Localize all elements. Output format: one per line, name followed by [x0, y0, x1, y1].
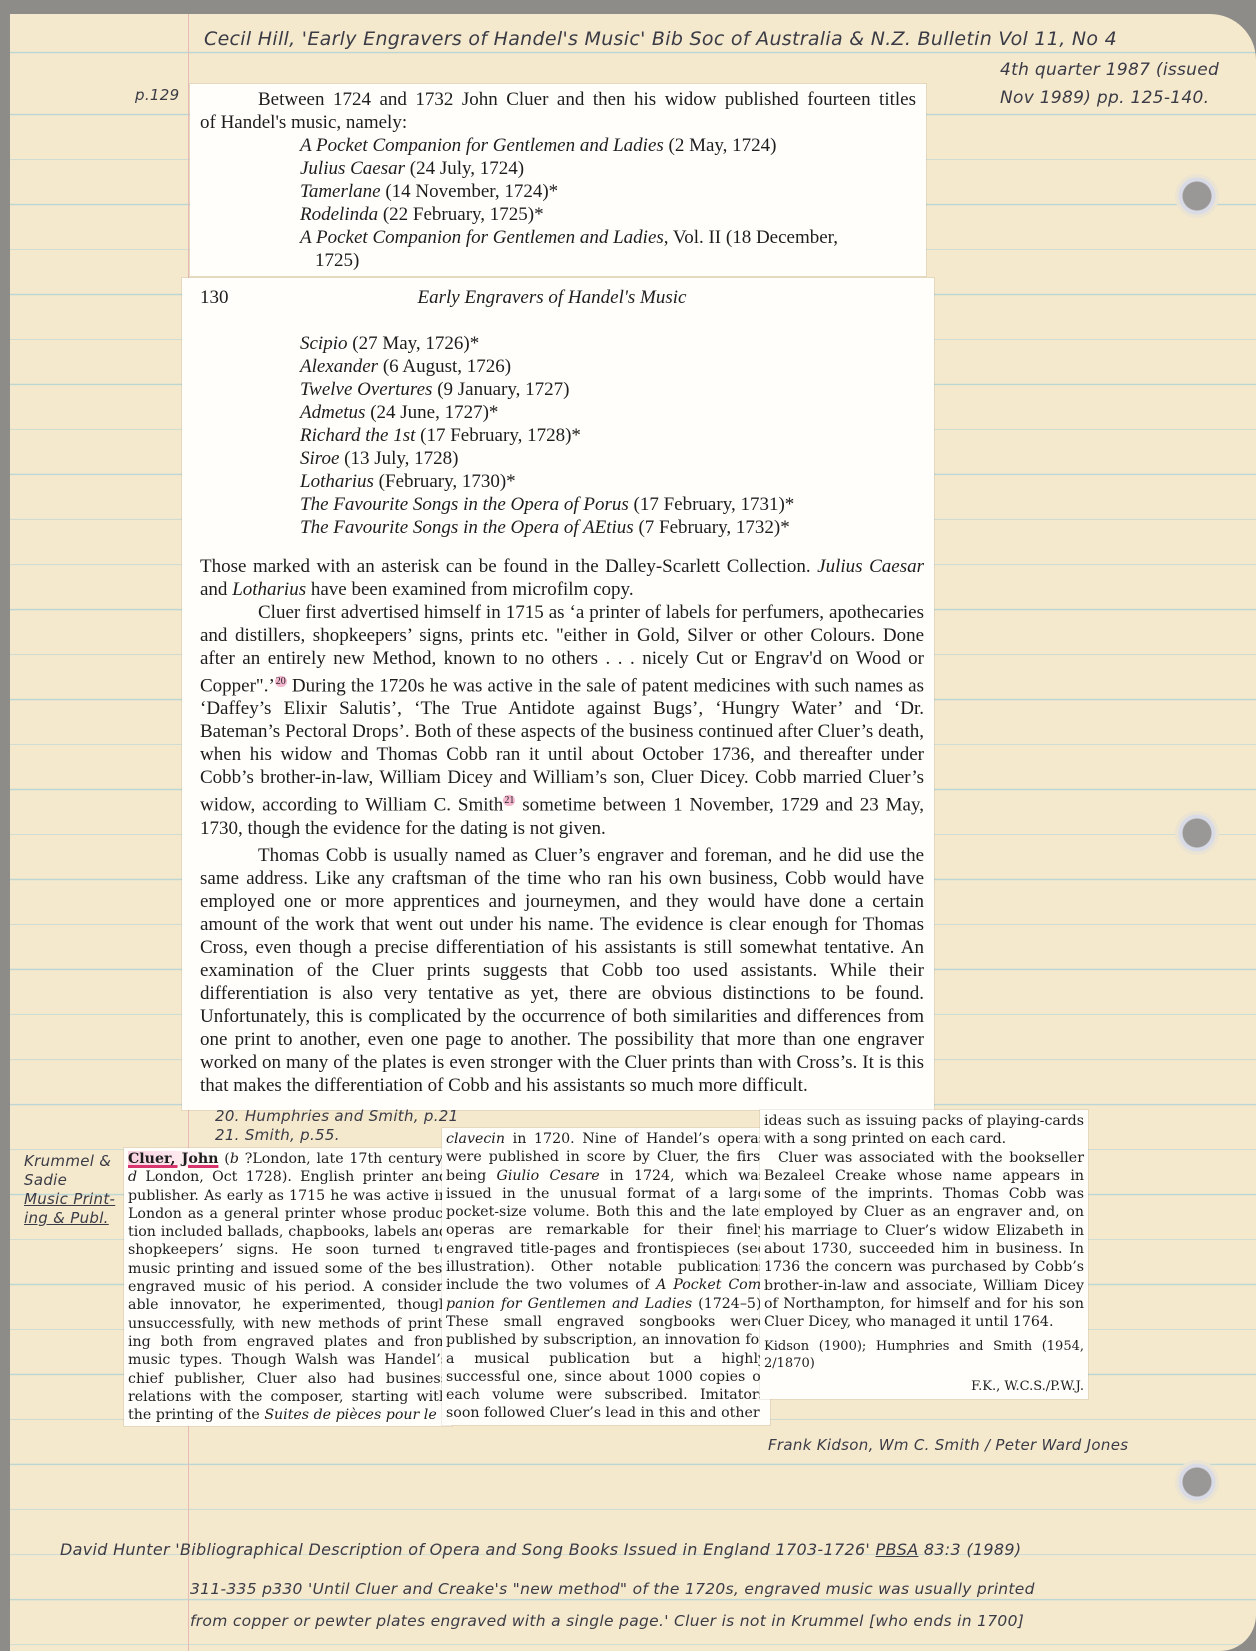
handwritten-hunter-quote-2: from copper or pewter plates engraved wi… [190, 1612, 1024, 1630]
handwritten-page-ref: p.129 [135, 86, 179, 104]
title-list-item: Siroe (13 July, 1728) [300, 447, 924, 470]
headword: Cluer, John [128, 1151, 218, 1167]
grove-column-2: clavecin in 1720. Nine of Handel’s opera… [442, 1128, 770, 1425]
footnote-ref-20: 20 [275, 676, 287, 687]
title-list-item: A Pocket Companion for Gentlemen and Lad… [300, 226, 916, 249]
title-list-item: A Pocket Companion for Gentlemen and Lad… [300, 134, 916, 157]
paragraph-thomas-cobb: Thomas Cobb is usually named as Cluer’s … [200, 844, 924, 1097]
title-list-item-continuation: 1725) [300, 249, 916, 272]
punch-hole-icon [1175, 811, 1219, 855]
punch-hole-icon [1175, 174, 1219, 218]
title-list-item: The Favourite Songs in the Opera of Poru… [300, 493, 924, 516]
title-list-item: Alexander (6 August, 1726) [300, 355, 924, 378]
title-list-item: Twelve Overtures (9 January, 1727) [300, 378, 924, 401]
intro-line-1: Between 1724 and 1732 John Cluer and the… [200, 88, 916, 111]
index-card: Cecil Hill, 'Early Engravers of Handel's… [10, 14, 1256, 1651]
title-list-item: The Favourite Songs in the Opera of AEti… [300, 516, 924, 539]
title-list-item: Lotharius (February, 1730)* [300, 470, 924, 493]
title-list-item: Admetus (24 June, 1727)* [300, 401, 924, 424]
title-list-item: Rodelinda (22 February, 1725)* [300, 203, 916, 226]
running-header: 130 Early Engravers of Handel's Music [200, 286, 924, 310]
grove-column-3: ideas such as issuing packs of playing-c… [760, 1110, 1088, 1399]
handwritten-footnote-21: 21. Smith, p.55. [215, 1126, 340, 1144]
clipping-page-129: Between 1724 and 1732 John Cluer and the… [190, 84, 926, 276]
intro-line-2: of Handel's music, namely: [200, 111, 916, 134]
handwritten-footnote-20: 20. Humphries and Smith, p.21 [215, 1107, 459, 1125]
clipping-page-130: 130 Early Engravers of Handel's Music Sc… [182, 278, 934, 1110]
handwritten-grove-authors: Frank Kidson, Wm C. Smith / Peter Ward J… [768, 1436, 1128, 1454]
grove-references: Kidson (1900); Humphries and Smith (1954… [764, 1338, 1084, 1372]
running-title: Early Engravers of Handel's Music [260, 286, 924, 310]
paragraph-cluer-advertised: Cluer first advertised himself in 1715 a… [200, 601, 924, 840]
handwritten-hunter-quote-1: 311-335 p330 'Until Cluer and Creake's "… [190, 1580, 1035, 1598]
handwritten-margin-note: Krummel & Sadie Music Print- ing & Publ. [24, 1152, 115, 1228]
title-list-item: Richard the 1st (17 February, 1728)* [300, 424, 924, 447]
title-list-129: A Pocket Companion for Gentlemen and Lad… [200, 134, 916, 272]
footnote-ref-21: 21 [503, 795, 515, 806]
page-number: 130 [200, 286, 260, 310]
grove-signature: F.K., W.C.S./P.W.J. [764, 1378, 1084, 1395]
paragraph-asterisk-note: Those marked with an asterisk can be fou… [200, 555, 924, 601]
handwritten-citation-line3: Nov 1989) pp. 125-140. [1000, 88, 1209, 108]
title-list-130: Scipio (27 May, 1726)*Alexander (6 Augus… [200, 332, 924, 539]
handwritten-citation: Cecil Hill, 'Early Engravers of Handel's… [204, 28, 1117, 50]
title-list-item: Scipio (27 May, 1726)* [300, 332, 924, 355]
grove-column-1: Cluer, John (b ?London, late 17th centur… [124, 1148, 452, 1426]
punch-hole-icon [1175, 1460, 1219, 1504]
handwritten-hunter-citation: David Hunter 'Bibliographical Descriptio… [60, 1540, 1021, 1559]
title-list-item: Tamerlane (14 November, 1724)* [300, 180, 916, 203]
title-list-item: Julius Caesar (24 July, 1724) [300, 157, 916, 180]
handwritten-citation-line2: 4th quarter 1987 (issued [1000, 60, 1219, 80]
